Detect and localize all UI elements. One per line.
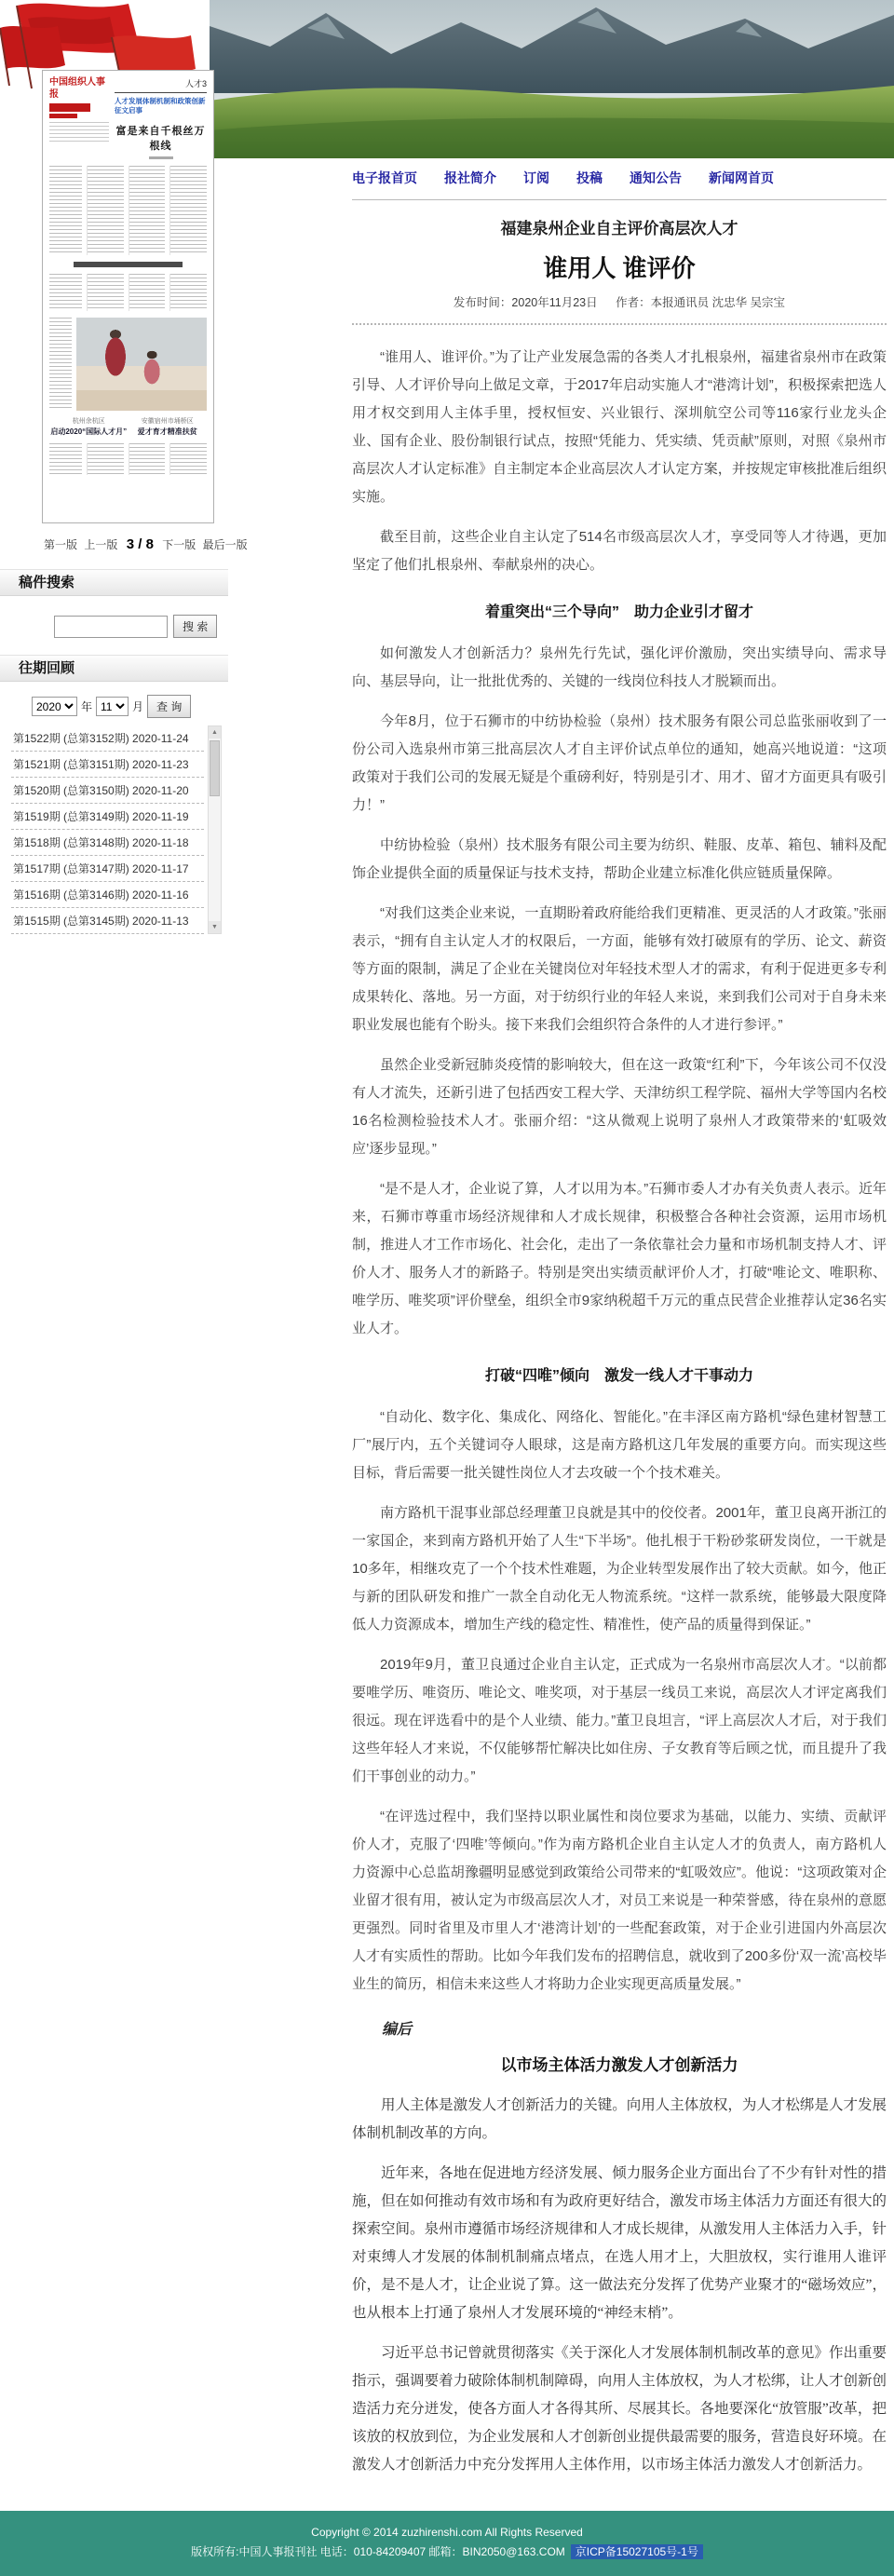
masthead-fine-print — [49, 122, 109, 142]
next-edition-link[interactable]: 下一版 — [162, 538, 196, 551]
article-paragraph: 截至目前，这些企业自主认定了514名市级高层次人才，享受同等人才待遇，更加坚定了… — [352, 523, 887, 579]
section-heading: 打破“四唯”倾向 激发一线人才干事动力 — [352, 1363, 887, 1385]
first-edition-link[interactable]: 第一版 — [44, 538, 77, 551]
nav-news-home[interactable]: 新闻网首页 — [709, 169, 774, 187]
icp-license-badge[interactable]: 京ICP备15027105号-1号 — [571, 2544, 703, 2559]
editor-note-paragraph: 近年来，各地在促进地方经济发展、倾力服务企业方面出台了不少有针对性的措施，但在如… — [352, 2160, 887, 2327]
newspaper-sub-headline — [74, 262, 183, 267]
publish-time: 发布时间：2020年11月23日 — [454, 296, 598, 309]
newspaper-caption-left: 杭州余杭区 启动2020“国际人才月” — [49, 416, 129, 437]
last-edition-link[interactable]: 最后一版 — [203, 538, 248, 551]
nav-submit[interactable]: 投稿 — [576, 169, 603, 187]
article-paragraph: 中纺协检验（泉州）技术服务有限公司主要为纺织、鞋服、皮革、箱包、辅料及配饰企业提… — [352, 832, 887, 888]
main-content: 电子报首页 报社简介 订阅 投稿 通知公告 新闻网首页 福建泉州企业自主评价高层… — [228, 158, 894, 2479]
newspaper-header: 中国组织人事报 人才3 人才发展体制机制和政策创新征文启事 富是来自千根丝万根线 — [49, 77, 207, 159]
sidebar: 中国组织人事报 人才3 人才发展体制机制和政策创新征文启事 富是来自千根丝万根线 — [0, 70, 228, 934]
query-button[interactable]: 查 询 — [147, 695, 191, 718]
month-suffix-label: 月 — [132, 698, 143, 714]
article-paragraph: “谁用人、谁评价。”为了让产业发展急需的各类人才扎根泉州，福建省泉州市在政策引导… — [352, 344, 887, 511]
copyright-line: Copyright © 2014 zuzhirenshi.com All Rig… — [0, 2523, 894, 2542]
page: 中国组织人事报 人才3 人才发展体制机制和政策创新征文启事 富是来自千根丝万根线 — [0, 0, 894, 2576]
article-paragraph: 如何激发人才创新活力？泉州先行先试，强化评价激励，突出实绩导向、需求导向、基层导… — [352, 640, 887, 696]
article-paragraph: 2019年9月，董卫良通过企业自主认定，正式成为一名泉州市高层次人才。“以前都要… — [352, 1651, 887, 1791]
top-nav: 电子报首页 报社简介 订阅 投稿 通知公告 新闻网首页 — [228, 158, 894, 199]
scrollbar-up-arrow-icon[interactable]: ▲ — [209, 726, 221, 739]
footer-info-line: 版权所有:中国人事报刊社 电话：010-84209407 邮箱：BIN2050@… — [191, 2545, 565, 2558]
article-title: 谁用人 谁评价 — [352, 250, 887, 284]
nav-epaper-home[interactable]: 电子报首页 — [352, 169, 417, 187]
article-meta: 发布时间：2020年11月23日 作者：本报通讯员 沈忠华 吴宗宝 — [352, 293, 887, 310]
year-suffix-label: 年 — [81, 698, 92, 714]
issue-list-item[interactable]: 第1521期 (总第3151期) 2020-11-23 — [11, 752, 204, 778]
year-select[interactable]: 2020 — [32, 697, 77, 716]
newspaper-text-columns — [49, 274, 207, 311]
article-paragraph: “是不是人才，企业说了算，人才以用为本。”石狮市委人才办有关负责人表示。近年来，… — [352, 1175, 887, 1343]
editor-note-paragraph: 用人主体是激发人才创新活力的关键。向用人主体放权，为人才松绑是人才发展体制机制改… — [352, 2092, 887, 2148]
nav-announcements[interactable]: 通知公告 — [630, 169, 682, 187]
newspaper-notice: 人才发展体制机制和政策创新征文启事 — [115, 97, 207, 115]
issue-list-item[interactable]: 第1518期 (总第3148期) 2020-11-18 — [11, 830, 204, 856]
newspaper-text-columns — [49, 443, 207, 475]
article-paragraph: 虽然企业受新冠肺炎疫情的影响较大，但在这一政策“红利”下，今年该公司不仅没有人才… — [352, 1051, 887, 1163]
newspaper-page-label: 人才3 — [115, 77, 207, 93]
issue-list: 第1522期 (总第3152期) 2020-11-24 第1521期 (总第31… — [11, 725, 222, 934]
issue-list-scrollbar[interactable]: ▲ ▼ — [208, 725, 222, 934]
search-input[interactable] — [54, 616, 168, 638]
issue-list-item[interactable]: 第1515期 (总第3145期) 2020-11-13 — [11, 908, 204, 934]
article-kicker: 福建泉州企业自主评价高层次人才 — [352, 215, 887, 238]
issue-list-item[interactable]: 第1522期 (总第3152期) 2020-11-24 — [11, 725, 204, 752]
article-paragraph: “自动化、数字化、集成化、网络化、智能化。”在丰泽区南方路机“绿色建材智慧工厂”… — [352, 1403, 887, 1487]
scrollbar-thumb[interactable] — [210, 740, 220, 796]
editor-note-heading: 以市场主体活力激发人才创新活力 — [352, 2052, 887, 2075]
masthead-title: 中国组织人事报 — [49, 77, 109, 101]
month-select[interactable]: 11 — [96, 697, 129, 716]
newspaper-caption-right: 安徽宿州市埇桥区 爱才育才精准扶贫 — [129, 416, 208, 437]
article-paragraph: “在评选过程中，我们坚持以职业属性和岗位要求为基础，以能力、实绩、贡献评价人才，… — [352, 1803, 887, 1999]
newspaper-headline: 富是来自千根丝万根线 — [115, 123, 207, 153]
search-button[interactable]: 搜 索 — [173, 615, 217, 638]
edition-page-indicator: 3 / 8 — [127, 536, 154, 552]
newspaper-byline — [149, 156, 173, 159]
article-paragraph: 今年8月，位于石狮市的中纺协检验（泉州）技术服务有限公司总监张丽收到了一份公司入… — [352, 708, 887, 820]
article-paragraph: “对我们这类企业来说，一直期盼着政府能给我们更精准、更灵活的人才政策。”张丽表示… — [352, 900, 887, 1039]
edition-pagination: 第一版 上一版 3 / 8 下一版 最后一版 — [42, 536, 214, 552]
author: 作者：本报通讯员 沈忠华 吴宗宝 — [616, 296, 785, 309]
scrollbar-down-arrow-icon[interactable]: ▼ — [209, 921, 221, 933]
article-paragraph: 南方路机干混事业部总经理董卫良就是其中的佼佼者。2001年，董卫良离开浙江的一家… — [352, 1499, 887, 1639]
dotted-divider — [352, 323, 887, 325]
prev-edition-link[interactable]: 上一版 — [84, 538, 117, 551]
masthead-red-block-small — [49, 114, 77, 118]
newspaper-side-column — [49, 318, 72, 411]
newspaper-text-columns — [49, 166, 207, 255]
search-section-header: 稿件搜索 — [0, 569, 228, 596]
newspaper-photo — [76, 318, 207, 411]
section-heading: 着重突出“三个导向” 助力企业引才留才 — [352, 600, 887, 621]
issue-list-item[interactable]: 第1516期 (总第3146期) 2020-11-16 — [11, 882, 204, 908]
newspaper-masthead: 中国组织人事报 — [49, 77, 109, 159]
nav-about[interactable]: 报社简介 — [444, 169, 496, 187]
archive-section-header: 往期回顾 — [0, 655, 228, 682]
newspaper-page-preview[interactable]: 中国组织人事报 人才3 人才发展体制机制和政策创新征文启事 富是来自千根丝万根线 — [42, 70, 214, 523]
footer: Copyright © 2014 zuzhirenshi.com All Rig… — [0, 2511, 894, 2576]
editor-note-label: 编后 — [352, 2017, 887, 2039]
article: 福建泉州企业自主评价高层次人才 谁用人 谁评价 发布时间：2020年11月23日… — [352, 199, 887, 2479]
issue-list-item[interactable]: 第1519期 (总第3149期) 2020-11-19 — [11, 804, 204, 830]
nav-subscribe[interactable]: 订阅 — [523, 169, 549, 187]
issue-list-item[interactable]: 第1517期 (总第3147期) 2020-11-17 — [11, 856, 204, 882]
editor-note-paragraph: 习近平总书记曾就贯彻落实《关于深化人才发展体制机制改革的意见》作出重要指示，强调… — [352, 2339, 887, 2479]
issue-list-item[interactable]: 第1520期 (总第3150期) 2020-11-20 — [11, 778, 204, 804]
masthead-red-block — [49, 103, 90, 112]
